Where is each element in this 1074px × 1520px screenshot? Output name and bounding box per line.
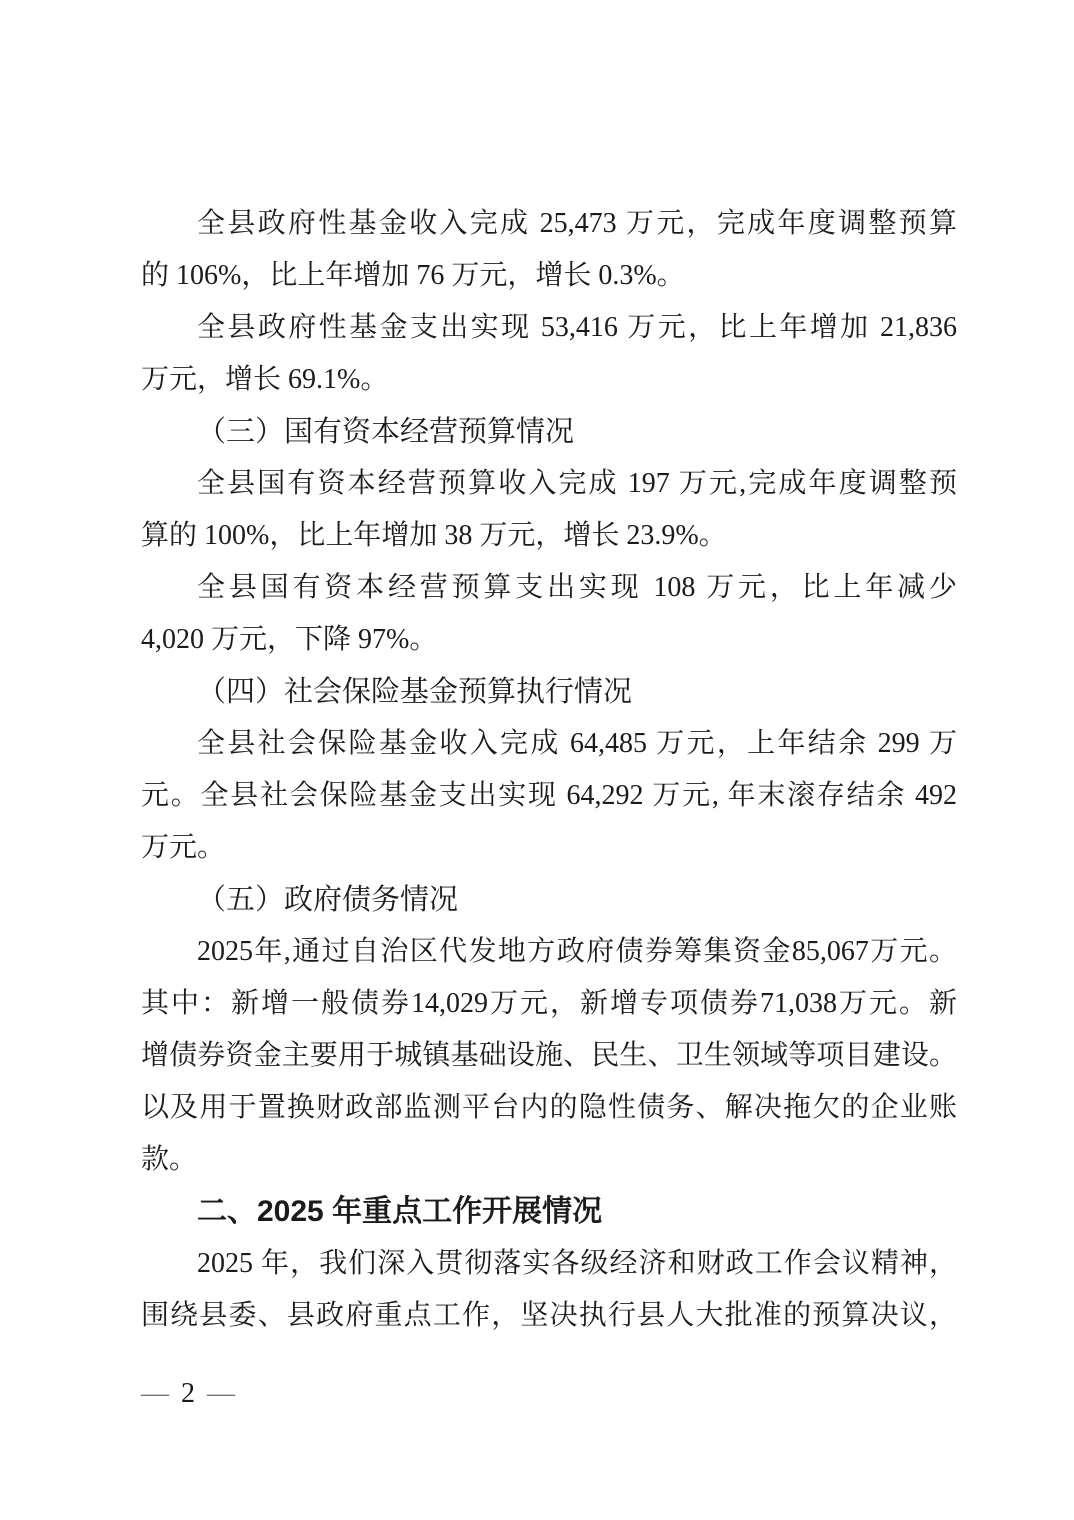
text-line: 全县国有资本经营预算收入完成 197 万元,完成年度调整预 [141, 458, 957, 510]
heading-text: 二、2025 年重点工作开展情况 [141, 1186, 957, 1238]
text-line: 增债券资金主要用于城镇基础设施、民生、卫生领域等项目建设。 [141, 1030, 957, 1082]
section-subheading-3: （三）国有资本经营预算情况 [141, 406, 957, 458]
text-line: 款。 [141, 1134, 957, 1186]
paragraph-govt-fund-revenue: 全县政府性基金收入完成 25,473 万元，完成年度调整预算 的 106%，比上… [141, 198, 957, 302]
text-line: 元。全县社会保险基金支出实现 64,292 万元, 年末滚存结余 492 [141, 770, 957, 822]
paragraph-state-capital-revenue: 全县国有资本经营预算收入完成 197 万元,完成年度调整预 算的 100%，比上… [141, 458, 957, 562]
text-line: 全县政府性基金支出实现 53,416 万元，比上年增加 21,836 [141, 302, 957, 354]
paragraph-social-insurance-fund: 全县社会保险基金收入完成 64,485 万元，上年结余 299 万 元。全县社会… [141, 718, 957, 874]
text-line: 2025年,通过自治区代发地方政府债券筹集资金85,067万元。 [141, 926, 957, 978]
subheading-text: （四）社会保险基金预算执行情况 [141, 666, 957, 718]
paragraph-government-debt: 2025年,通过自治区代发地方政府债券筹集资金85,067万元。 其中：新增一般… [141, 926, 957, 1186]
text-line: 万元。 [141, 822, 957, 874]
text-line: 算的 100%，比上年增加 38 万元，增长 23.9%。 [141, 510, 957, 562]
page-number: —2— [141, 1374, 235, 1414]
page-number-value: 2 [181, 1378, 195, 1409]
subheading-text: （五）政府债务情况 [141, 874, 957, 926]
text-line: 全县社会保险基金收入完成 64,485 万元，上年结余 299 万 [141, 718, 957, 770]
paragraph-govt-fund-expenditure: 全县政府性基金支出实现 53,416 万元，比上年增加 21,836 万元，增长… [141, 302, 957, 406]
page-number-right-dash: — [207, 1378, 235, 1409]
page-number-left-dash: — [141, 1378, 169, 1409]
text-line: 的 106%，比上年增加 76 万元，增长 0.3%。 [141, 250, 957, 302]
text-line: 万元，增长 69.1%。 [141, 354, 957, 406]
paragraph-key-work-intro: 2025 年，我们深入贯彻落实各级经济和财政工作会议精神， 围绕县委、县政府重点… [141, 1238, 957, 1342]
text-line: 其中：新增一般债券14,029万元，新增专项债券71,038万元。新 [141, 978, 957, 1030]
text-line: 围绕县委、县政府重点工作，坚决执行县人大批准的预算决议， [141, 1290, 957, 1342]
section-heading-2: 二、2025 年重点工作开展情况 [141, 1186, 957, 1238]
text-line: 以及用于置换财政部监测平台内的隐性债务、解决拖欠的企业账 [141, 1082, 957, 1134]
text-line: 4,020 万元，下降 97%。 [141, 614, 957, 666]
text-line: 2025 年，我们深入贯彻落实各级经济和财政工作会议精神， [141, 1238, 957, 1290]
subheading-text: （三）国有资本经营预算情况 [141, 406, 957, 458]
section-subheading-5: （五）政府债务情况 [141, 874, 957, 926]
section-subheading-4: （四）社会保险基金预算执行情况 [141, 666, 957, 718]
document-page: 全县政府性基金收入完成 25,473 万元，完成年度调整预算 的 106%，比上… [0, 0, 1074, 1520]
text-line: 全县政府性基金收入完成 25,473 万元，完成年度调整预算 [141, 198, 957, 250]
document-body: 全县政府性基金收入完成 25,473 万元，完成年度调整预算 的 106%，比上… [141, 198, 957, 1342]
paragraph-state-capital-expenditure: 全县国有资本经营预算支出实现 108 万元，比上年减少 4,020 万元，下降 … [141, 562, 957, 666]
text-line: 全县国有资本经营预算支出实现 108 万元，比上年减少 [141, 562, 957, 614]
